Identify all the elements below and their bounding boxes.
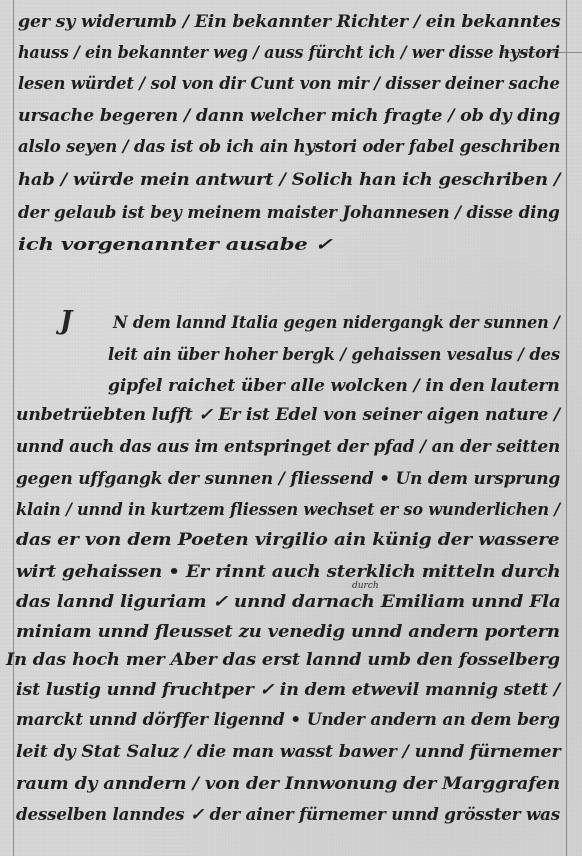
text-line: lesen würdet / sol von dir Cunt von mir …: [18, 74, 560, 94]
text-line: unnd auch das aus im entspringet der pfa…: [16, 437, 560, 457]
manuscript-page: ger sy widerumb / Ein bekannter Richter …: [0, 0, 582, 856]
text-line: ursache begeren / dann welcher mich frag…: [18, 106, 560, 126]
text-line: leit dy Stat Saluz / die man wasst bawer…: [16, 742, 560, 762]
text-line: gegen uffgangk der sunnen / fliessend • …: [16, 469, 560, 489]
text-line: klain / unnd in kurtzem fliessen wechset…: [16, 500, 560, 520]
text-line: das lannd liguriam ✓ unnd darnach Emilia…: [16, 592, 561, 612]
margin-mark: J: [60, 306, 72, 336]
text-line: N dem lannd Italia gegen nidergangk der …: [113, 313, 560, 333]
margin-rule-right: [566, 0, 567, 856]
text-line: miniam unnd fleusset zu venedig unnd and…: [16, 622, 560, 642]
text-line: hab / würde mein antwurt / Solich han ic…: [18, 170, 560, 190]
text-line: der gelaub ist bey meinem maister Johann…: [18, 203, 560, 223]
text-line: alslo seyen / das ist ob ich ain hystori…: [18, 137, 560, 157]
text-line: hauss / ein bekannter weg / auss fürcht …: [18, 43, 560, 63]
text-line: ger sy widerumb / Ein bekannter Richter …: [18, 12, 560, 32]
text-line: marckt unnd dörffer ligennd • Under ande…: [16, 710, 560, 730]
text-line: In das hoch mer Aber das erst lannd umb …: [6, 650, 560, 670]
text-line: gipfel raichet über alle wolcken / in de…: [108, 376, 560, 396]
text-line: raum dy anndern / von der Innwonung der …: [16, 774, 560, 794]
margin-rule-left: [13, 0, 14, 856]
text-line: das er von dem Poeten virgilio ain künig…: [16, 530, 559, 550]
interlinear-note: durch: [352, 581, 379, 591]
text-line: ich vorgenannter ausabe ✓: [18, 235, 332, 255]
text-line: unbetrüebten lufft ✓ Er ist Edel von sei…: [16, 405, 560, 425]
text-line: leit ain über hoher bergk / gehaissen ve…: [108, 345, 560, 365]
text-line: wirt gehaissen • Er rinnt auch sterklich…: [16, 562, 561, 582]
text-line: ist lustig unnd fruchtper ✓ in dem etwev…: [16, 680, 560, 700]
text-line: desselben lanndes ✓ der ainer fürnemer u…: [16, 805, 560, 825]
